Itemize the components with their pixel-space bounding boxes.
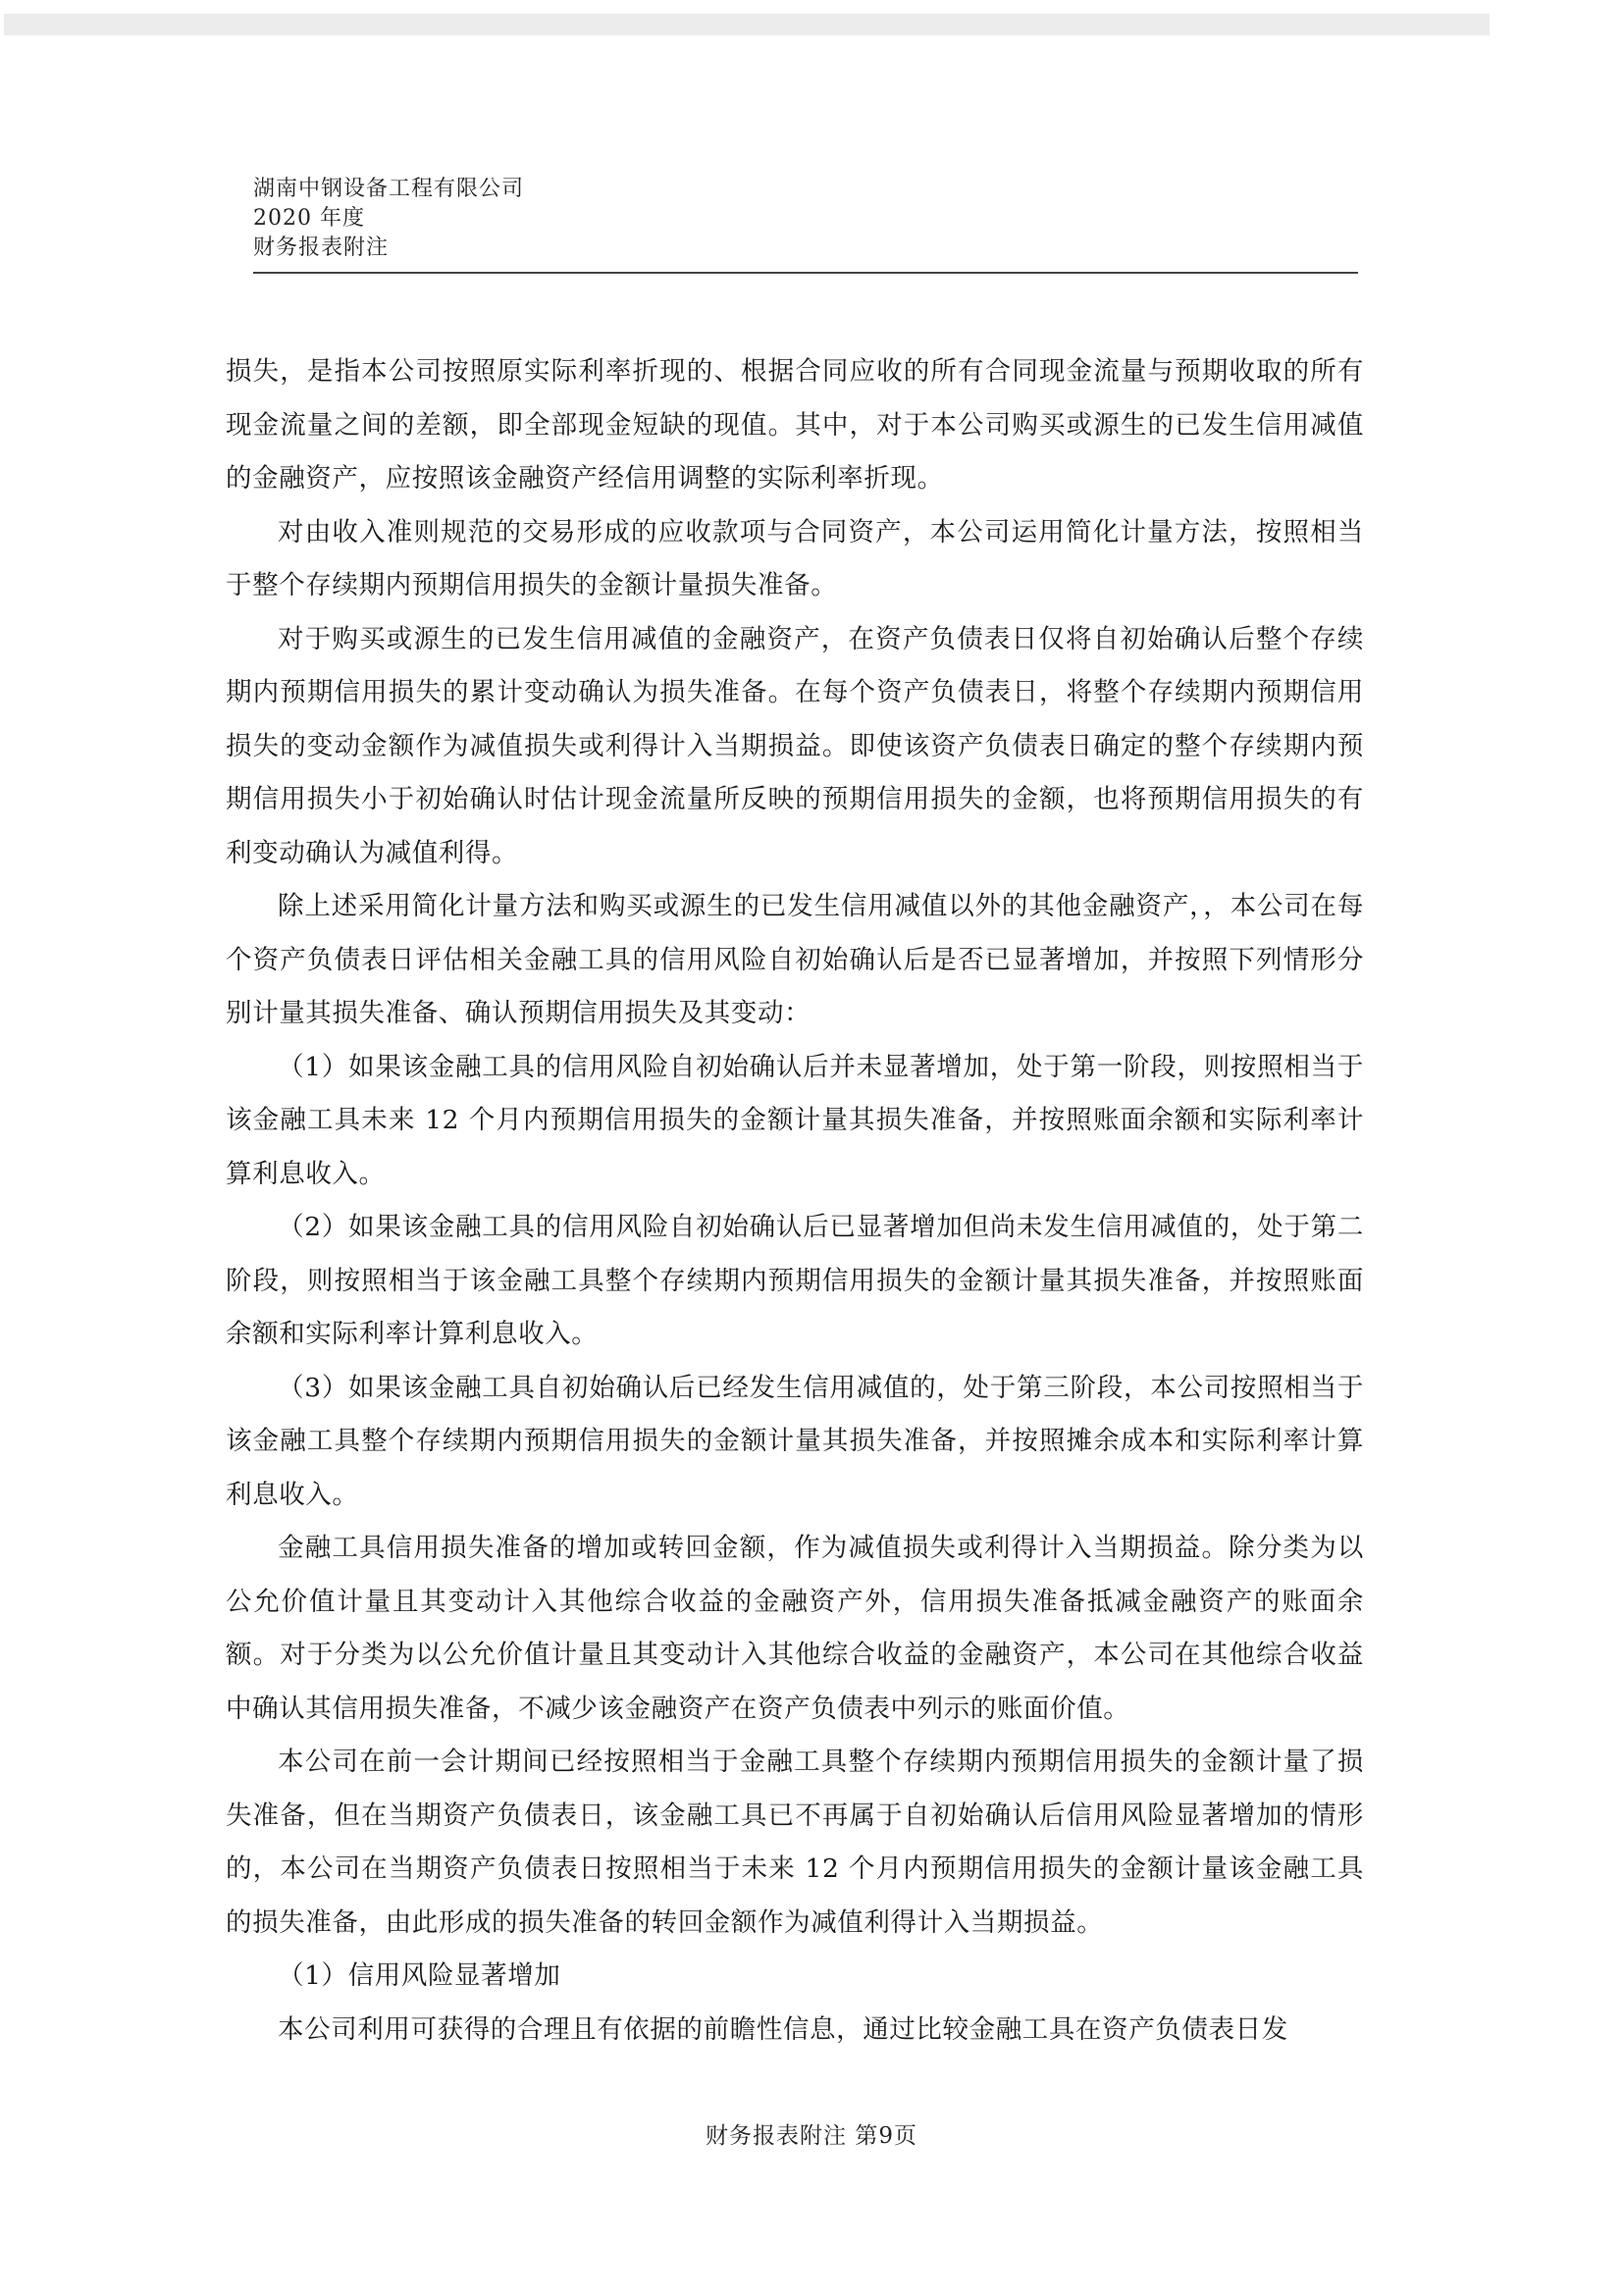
- list-item-stage-2: （2）如果该金融工具的信用风险自初始确认后已显著增加但尚未发生信用减值的，处于第…: [226, 1201, 1364, 1362]
- company-name: 湖南中钢设备工程有限公司: [253, 175, 1362, 204]
- report-year: 2020 年度: [253, 204, 1362, 234]
- paragraph: 金融工具信用损失准备的增加或转回金额，作为减值损失或利得计入当期损益。除分类为以…: [226, 1522, 1364, 1736]
- list-item-stage-3: （3）如果该金融工具自初始确认后已经发生信用减值的，处于第三阶段，本公司按照相当…: [226, 1362, 1364, 1523]
- page-header: 湖南中钢设备工程有限公司 2020 年度 财务报表附注: [253, 175, 1362, 263]
- body-text: 损失，是指本公司按照原实际利率折现的、根据合同应收的所有合同现金流量与预期收取的…: [226, 345, 1364, 2057]
- page-footer: 财务报表附注 第9页: [0, 2117, 1623, 2150]
- paragraph: 对由收入准则规范的交易形成的应收款项与合同资产，本公司运用简化计量方法，按照相当…: [226, 506, 1364, 613]
- section-heading: （1）信用风险显著增加: [226, 1950, 1364, 2004]
- paragraph: 本公司利用可获得的合理且有依据的前瞻性信息，通过比较金融工具在资产负债表日发: [226, 2004, 1364, 2058]
- paragraph: 损失，是指本公司按照原实际利率折现的、根据合同应收的所有合同现金流量与预期收取的…: [226, 345, 1364, 506]
- document-type: 财务报表附注: [253, 234, 1362, 263]
- paragraph: 对于购买或源生的已发生信用减值的金融资产，在资产负债表日仅将自初始确认后整个存续…: [226, 613, 1364, 881]
- scan-edge-band: [4, 14, 1490, 35]
- paragraph: 除上述采用简化计量方法和购买或源生的已发生信用减值以外的其他金融资产，，本公司在…: [226, 880, 1364, 1041]
- header-divider: [253, 272, 1358, 274]
- list-item-stage-1: （1）如果该金融工具的信用风险自初始确认后并未显著增加，处于第一阶段，则按照相当…: [226, 1041, 1364, 1202]
- paragraph: 本公司在前一会计期间已经按照相当于金融工具整个存续期内预期信用损失的金额计量了损…: [226, 1736, 1364, 1950]
